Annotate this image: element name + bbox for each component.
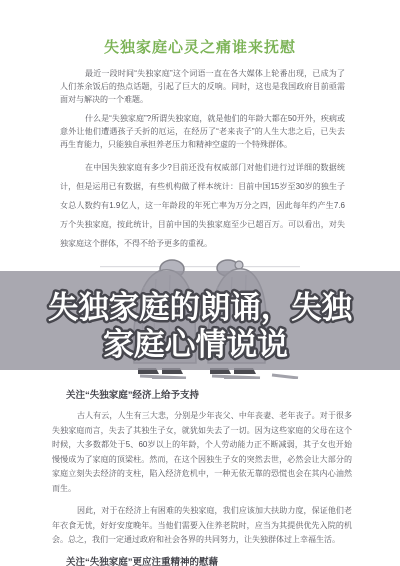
page-title: 失独家庭心灵之痛谁来抚慰 bbox=[0, 36, 400, 57]
overlay-title: 失独家庭的朗诵，失独 家庭心情说说 bbox=[0, 271, 400, 370]
body-paragraph: 古人有云，人生有三大悲，分别是少年丧父、中年丧妻、老年丧子。对于很多失独家庭而言… bbox=[52, 409, 352, 496]
intro-paragraph: 在中国失独家庭有多少?目前还没有权威部门对他们进行过详细的数据统计，但是运用已有… bbox=[60, 158, 345, 253]
overlay-title-line2: 家庭心情说说 bbox=[103, 327, 288, 362]
article-page: 失独家庭心灵之痛谁来抚慰 最近一段时间“失独家庭”这个词语一直在各大媒体上轮番出… bbox=[0, 0, 400, 566]
article-figure: 失独家庭的朗诵，失独 家庭心情说说 bbox=[0, 257, 400, 379]
overlay-banner: 失独家庭的朗诵，失独 家庭心情说说 bbox=[0, 271, 400, 370]
intro-section: 最近一段时间“失独家庭”这个词语一直在各大媒体上轮番出现，已成为了人们茶余饭后的… bbox=[0, 57, 400, 253]
body-section: 关注“失独家庭”经济上给予支持 古人有云，人生有三大悲，分别是少年丧父、中年丧妻… bbox=[0, 379, 400, 566]
section-heading: 关注“失独家庭”更应注重精神的慰藉 bbox=[52, 556, 352, 566]
ground-shadow bbox=[140, 375, 298, 379]
section-heading: 关注“失独家庭”经济上给予支持 bbox=[52, 389, 352, 403]
overlay-title-line1: 失独家庭的朗诵，失独 bbox=[48, 290, 354, 326]
intro-paragraph: 什么是“失独家庭”?所谓失独家庭，就是他们的年龄大都在50开外，疾病或意外让他们… bbox=[60, 112, 345, 151]
intro-paragraph: 最近一段时间“失独家庭”这个词语一直在各大媒体上轮番出现，已成为了人们茶余饭后的… bbox=[60, 67, 345, 106]
body-paragraph: 因此，对于在经济上有困难的失独家庭，我们应该加大扶助力度，保证他们老年衣食无忧，… bbox=[52, 504, 352, 548]
